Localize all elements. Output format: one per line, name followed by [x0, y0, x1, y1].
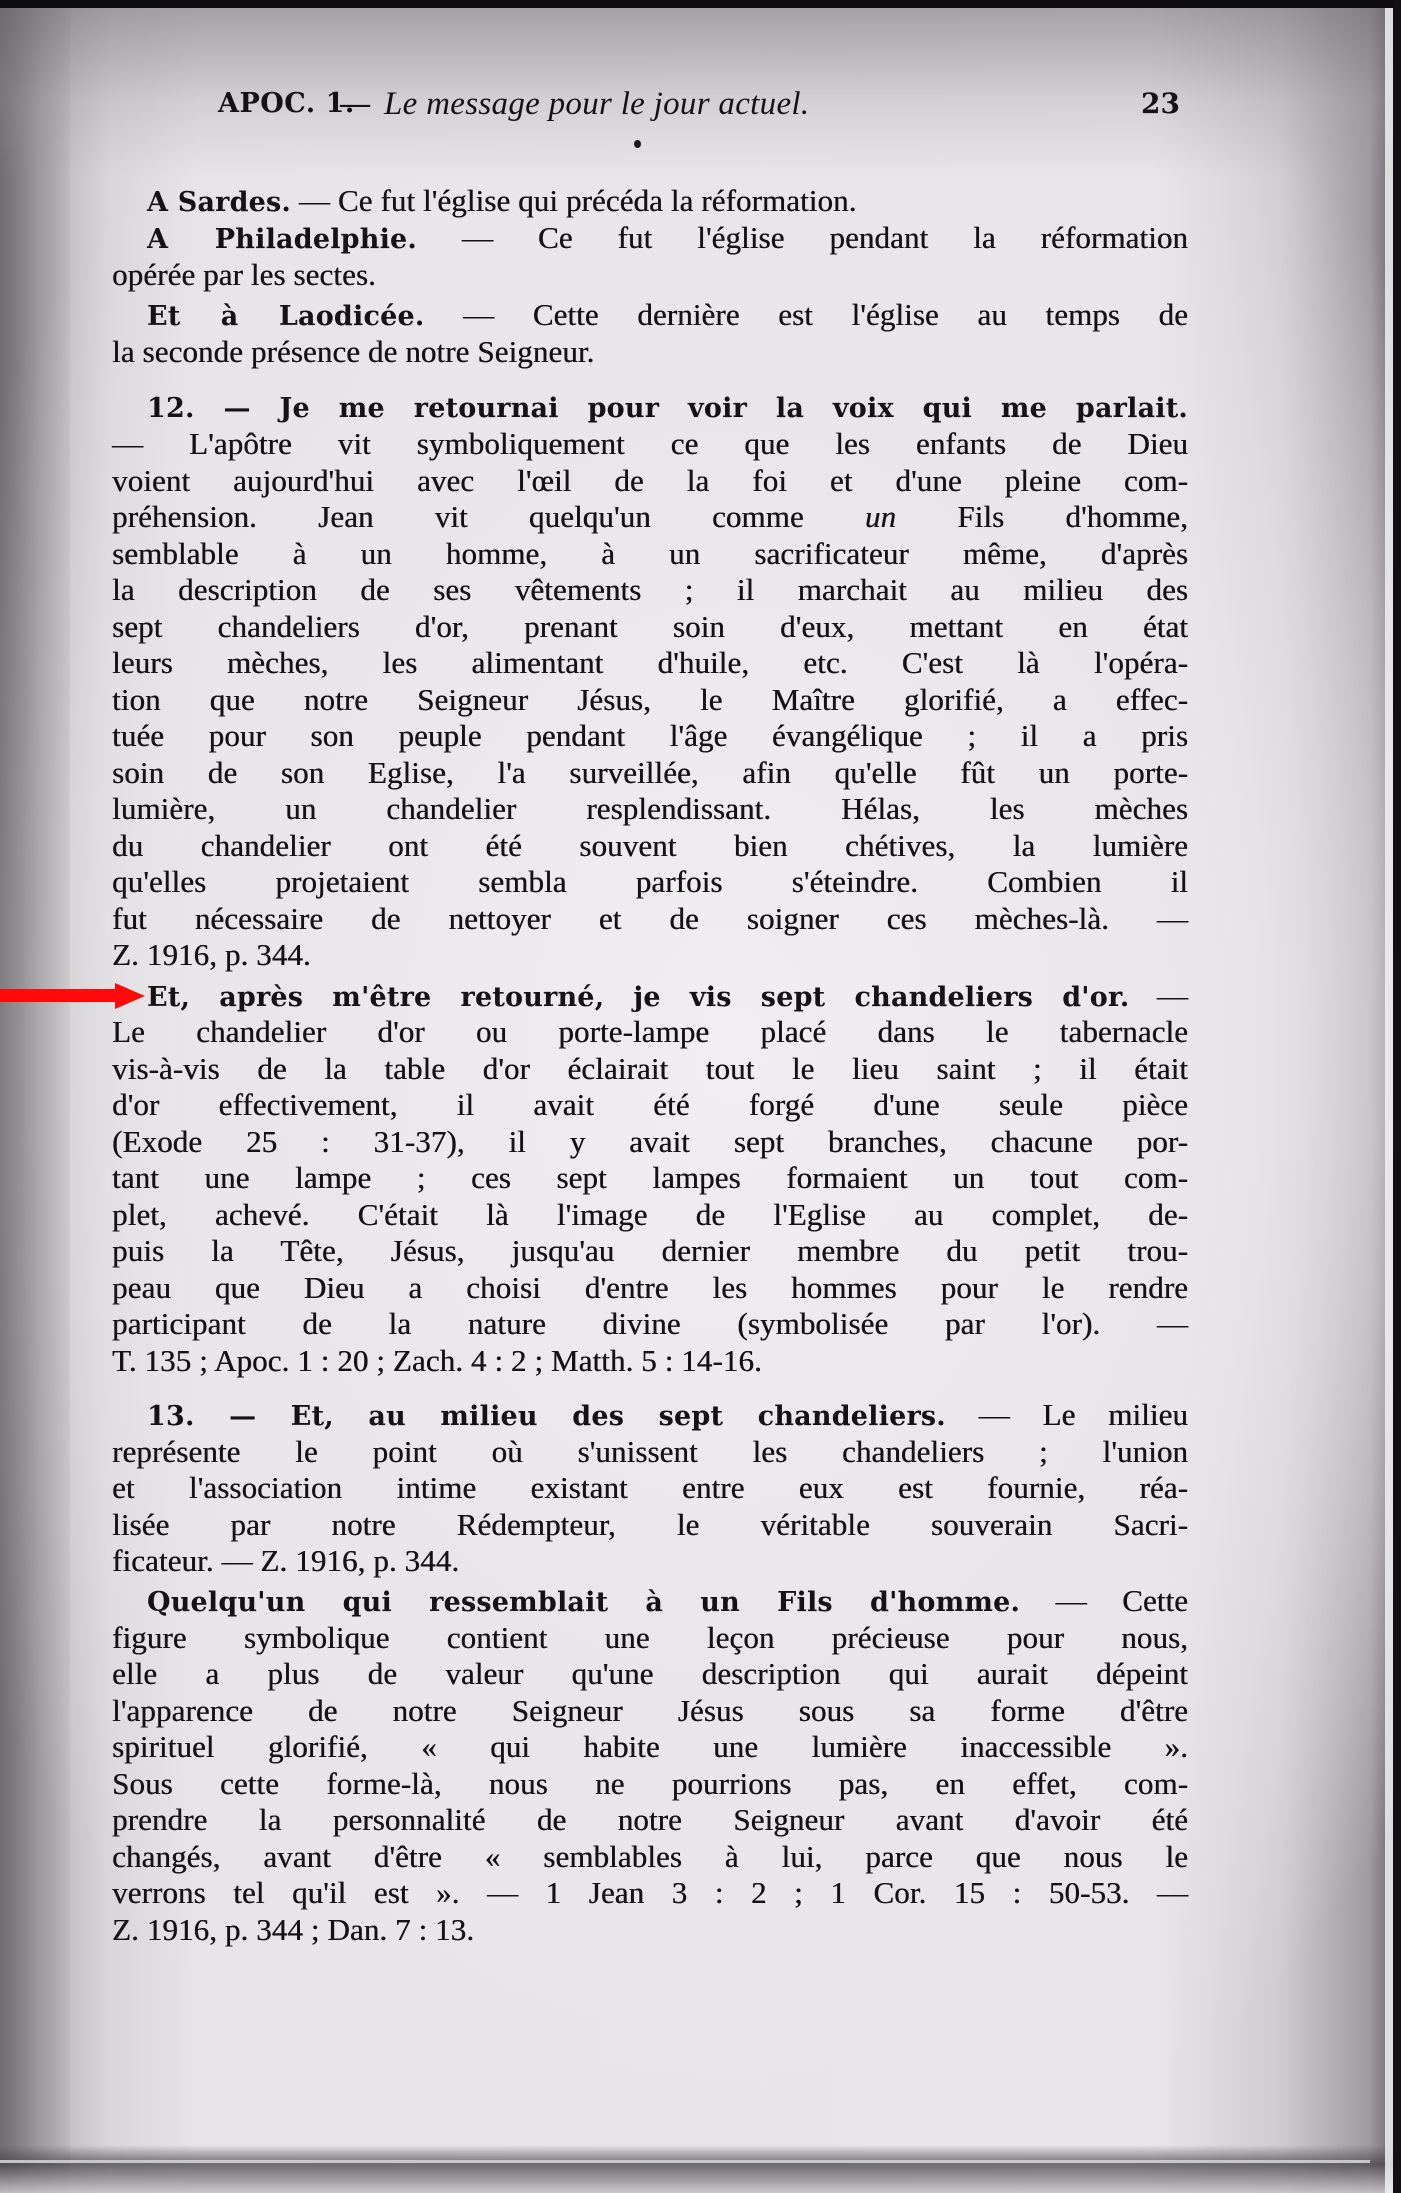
italic-text: un: [865, 499, 896, 534]
line-text: du chandelier ont été souvent bien chéti…: [112, 828, 1188, 863]
page-left-shadow: [0, 0, 70, 2193]
line-text: l'apparence de notre Seigneur Jésus sous…: [112, 1693, 1188, 1728]
text-line: d'or effectivement, il avait été forgé d…: [112, 1086, 1188, 1123]
highlighted-line: Et, après m'être retourné, je vis sept c…: [147, 977, 1188, 1014]
ink-speck: [634, 140, 641, 148]
page-bottom-edge: [0, 2160, 1370, 2163]
line-text: Sous cette forme-là, nous ne pourrions p…: [112, 1766, 1188, 1801]
line-text: — Le milieu: [946, 1397, 1188, 1432]
text-line: T. 135 ; Apoc. 1 : 20 ; Zach. 4 : 2 ; Ma…: [112, 1342, 1188, 1379]
line-text: —: [1130, 978, 1189, 1013]
line-text: participant de la nature divine (symboli…: [112, 1306, 1188, 1341]
line-text: figure symbolique contient une leçon pré…: [112, 1620, 1188, 1655]
text-line: leurs mèches, les alimentant d'huile, et…: [112, 644, 1188, 681]
line-text: — Cette dernière est l'église au temps d…: [424, 297, 1188, 332]
text-line: tuée pour son peuple pendant l'âge évang…: [112, 717, 1188, 754]
line-text: tuée pour son peuple pendant l'âge évang…: [112, 718, 1188, 753]
line-text: Le chandelier d'or ou porte-lampe placé …: [112, 1014, 1188, 1049]
text-line: et l'association intime existant entre e…: [112, 1469, 1188, 1506]
text-line: 13. — Et, au milieu des sept chandeliers…: [147, 1396, 1188, 1433]
text-line: la seconde présence de notre Seigneur.: [112, 333, 1188, 370]
text-line: soin de son Eglise, l'a surveillée, afin…: [112, 754, 1188, 791]
line-text: la description de ses vêtements ; il mar…: [112, 572, 1188, 607]
text-line: A Sardes. — Ce fut l'église qui précéda …: [147, 182, 1188, 219]
line-text: Z. 1916, p. 344 ; Dan. 7 : 13.: [112, 1912, 474, 1947]
text-line: changés, avant d'être « semblables à lui…: [112, 1838, 1188, 1875]
line-text: vis-à-vis de la table d'or éclairait tou…: [112, 1051, 1188, 1086]
line-text: — Ce fut l'église qui précéda la réforma…: [291, 183, 856, 218]
line-text: tion que notre Seigneur Jésus, le Maître…: [112, 682, 1188, 717]
text-line: puis la Tête, Jésus, jusqu'au dernier me…: [112, 1232, 1188, 1269]
text-line: ficateur. — Z. 1916, p. 344.: [112, 1542, 1188, 1579]
text-line: tant une lampe ; ces sept lampes formaie…: [112, 1159, 1188, 1196]
text-line: vis-à-vis de la table d'or éclairait tou…: [112, 1050, 1188, 1087]
text-line: verrons tel qu'il est ». — 1 Jean 3 : 2 …: [112, 1874, 1188, 1911]
text-line: voient aujourd'hui avec l'œil de la foi …: [112, 462, 1188, 499]
text-line: spirituel glorifié, « qui habite une lum…: [112, 1728, 1188, 1765]
bold-heading: Et, après m'être retourné, je vis sept c…: [147, 982, 1130, 1013]
line-text: soin de son Eglise, l'a surveillée, afin…: [112, 755, 1188, 790]
line-text: leurs mèches, les alimentant d'huile, et…: [112, 645, 1188, 680]
scan-border-top: [0, 0, 1401, 8]
line-text: T. 135 ; Apoc. 1 : 20 ; Zach. 4 : 2 ; Ma…: [112, 1343, 762, 1378]
text-line: prendre la personnalité de notre Seigneu…: [112, 1801, 1188, 1838]
text-line: Le chandelier d'or ou porte-lampe placé …: [112, 1013, 1188, 1050]
line-text: la seconde présence de notre Seigneur.: [112, 334, 594, 369]
page-number: 23: [1141, 84, 1180, 124]
bold-heading: A Sardes.: [147, 187, 291, 218]
line-text: lisée par notre Rédempteur, le véritable…: [112, 1507, 1188, 1542]
text-line: qu'elles projetaient sembla parfois s'ét…: [112, 863, 1188, 900]
line-text: spirituel glorifié, « qui habite une lum…: [112, 1729, 1188, 1764]
line-text: sept chandeliers d'or, prenant soin d'eu…: [112, 609, 1188, 644]
bold-heading: 12. — Je me retournai pour voir la voix …: [147, 393, 1188, 424]
line-text: elle a plus de valeur qu'une description…: [112, 1656, 1188, 1691]
text-line: tion que notre Seigneur Jésus, le Maître…: [112, 681, 1188, 718]
line-text: verrons tel qu'il est ». — 1 Jean 3 : 2 …: [112, 1875, 1188, 1910]
line-text: Fils d'homme,: [896, 499, 1188, 534]
text-line: Z. 1916, p. 344 ; Dan. 7 : 13.: [112, 1911, 1188, 1948]
text-line: la description de ses vêtements ; il mar…: [112, 571, 1188, 608]
line-text: plet, achevé. C'était là l'image de l'Eg…: [112, 1197, 1188, 1232]
line-text: — Ce fut l'église pendant la réformation: [417, 220, 1188, 255]
page-bottom-shadow: [0, 2145, 1393, 2193]
header-dash: —: [340, 84, 370, 124]
text-line: semblable à un homme, à un sacrificateur…: [112, 535, 1188, 572]
text-line: — L'apôtre vit symboliquement ce que les…: [112, 425, 1188, 462]
running-head: APOC. 1. — Le message pour le jour actue…: [218, 84, 1180, 124]
text-line: Z. 1916, p. 344.: [112, 936, 1188, 973]
text-line: 12. — Je me retournai pour voir la voix …: [147, 388, 1188, 425]
text-line: elle a plus de valeur qu'une description…: [112, 1655, 1188, 1692]
text-line: représente le point où s'unissent les ch…: [112, 1433, 1188, 1470]
line-text: tant une lampe ; ces sept lampes formaie…: [112, 1160, 1188, 1195]
line-text: et l'association intime existant entre e…: [112, 1470, 1188, 1505]
text-line: l'apparence de notre Seigneur Jésus sous…: [112, 1692, 1188, 1729]
text-line: fut nécessaire de nettoyer et de soigner…: [112, 900, 1188, 937]
text-line: Et à Laodicée. — Cette dernière est l'ég…: [147, 296, 1188, 333]
text-line: figure symbolique contient une leçon pré…: [112, 1619, 1188, 1656]
line-text: — L'apôtre vit symboliquement ce que les…: [112, 426, 1188, 461]
text-line: Quelqu'un qui ressemblait à un Fils d'ho…: [147, 1582, 1188, 1619]
line-text: ficateur. — Z. 1916, p. 344.: [112, 1543, 459, 1578]
line-text: prendre la personnalité de notre Seigneu…: [112, 1802, 1188, 1837]
chapter-reference: APOC. 1.: [218, 84, 355, 124]
line-text: voient aujourd'hui avec l'œil de la foi …: [112, 463, 1188, 498]
bold-heading: Quelqu'un qui ressemblait à un Fils d'ho…: [147, 1587, 1020, 1618]
line-text: changés, avant d'être « semblables à lui…: [112, 1839, 1188, 1874]
line-text: fut nécessaire de nettoyer et de soigner…: [112, 901, 1188, 936]
bold-heading: Et à Laodicée.: [147, 301, 424, 332]
line-text: lumière, un chandelier resplendissant. H…: [112, 791, 1188, 826]
line-text: préhension. Jean vit quelqu'un comme: [112, 499, 865, 534]
text-line: préhension. Jean vit quelqu'un comme un …: [112, 498, 1188, 535]
line-text: représente le point où s'unissent les ch…: [112, 1434, 1188, 1469]
text-line: lisée par notre Rédempteur, le véritable…: [112, 1506, 1188, 1543]
text-line: peau que Dieu a choisi d'entre les homme…: [112, 1269, 1188, 1306]
line-text: qu'elles projetaient sembla parfois s'ét…: [112, 864, 1188, 899]
page-right-edge: [1385, 8, 1393, 2193]
text-line: participant de la nature divine (symboli…: [112, 1305, 1188, 1342]
text-line: Sous cette forme-là, nous ne pourrions p…: [112, 1765, 1188, 1802]
red-arrow-annotation: [0, 983, 145, 1009]
text-line: plet, achevé. C'était là l'image de l'Eg…: [112, 1196, 1188, 1233]
text-line: A Philadelphie. — Ce fut l'église pendan…: [147, 219, 1188, 256]
arrow-right-icon: [115, 983, 145, 1009]
line-text: peau que Dieu a choisi d'entre les homme…: [112, 1270, 1188, 1305]
line-text: puis la Tête, Jésus, jusqu'au dernier me…: [112, 1233, 1188, 1268]
line-text: Z. 1916, p. 344.: [112, 937, 311, 972]
bold-heading: A Philadelphie.: [147, 224, 417, 255]
line-text: d'or effectivement, il avait été forgé d…: [112, 1087, 1188, 1122]
text-line: du chandelier ont été souvent bien chéti…: [112, 827, 1188, 864]
line-text: (Exode 25 : 31-37), il y avait sept bran…: [112, 1124, 1188, 1159]
line-text: — Cette: [1020, 1583, 1188, 1618]
scan-border-right: [1393, 0, 1401, 2193]
running-title: Le message pour le jour actuel.: [384, 84, 809, 124]
line-text: opérée par les sectes.: [112, 257, 376, 292]
text-line: lumière, un chandelier resplendissant. H…: [112, 790, 1188, 827]
text-line: (Exode 25 : 31-37), il y avait sept bran…: [112, 1123, 1188, 1160]
line-text: semblable à un homme, à un sacrificateur…: [112, 536, 1188, 571]
arrow-shaft: [0, 989, 118, 1002]
bold-heading: 13. — Et, au milieu des sept chandeliers…: [147, 1401, 946, 1432]
text-line: sept chandeliers d'or, prenant soin d'eu…: [112, 608, 1188, 645]
text-line: opérée par les sectes.: [112, 256, 1188, 293]
